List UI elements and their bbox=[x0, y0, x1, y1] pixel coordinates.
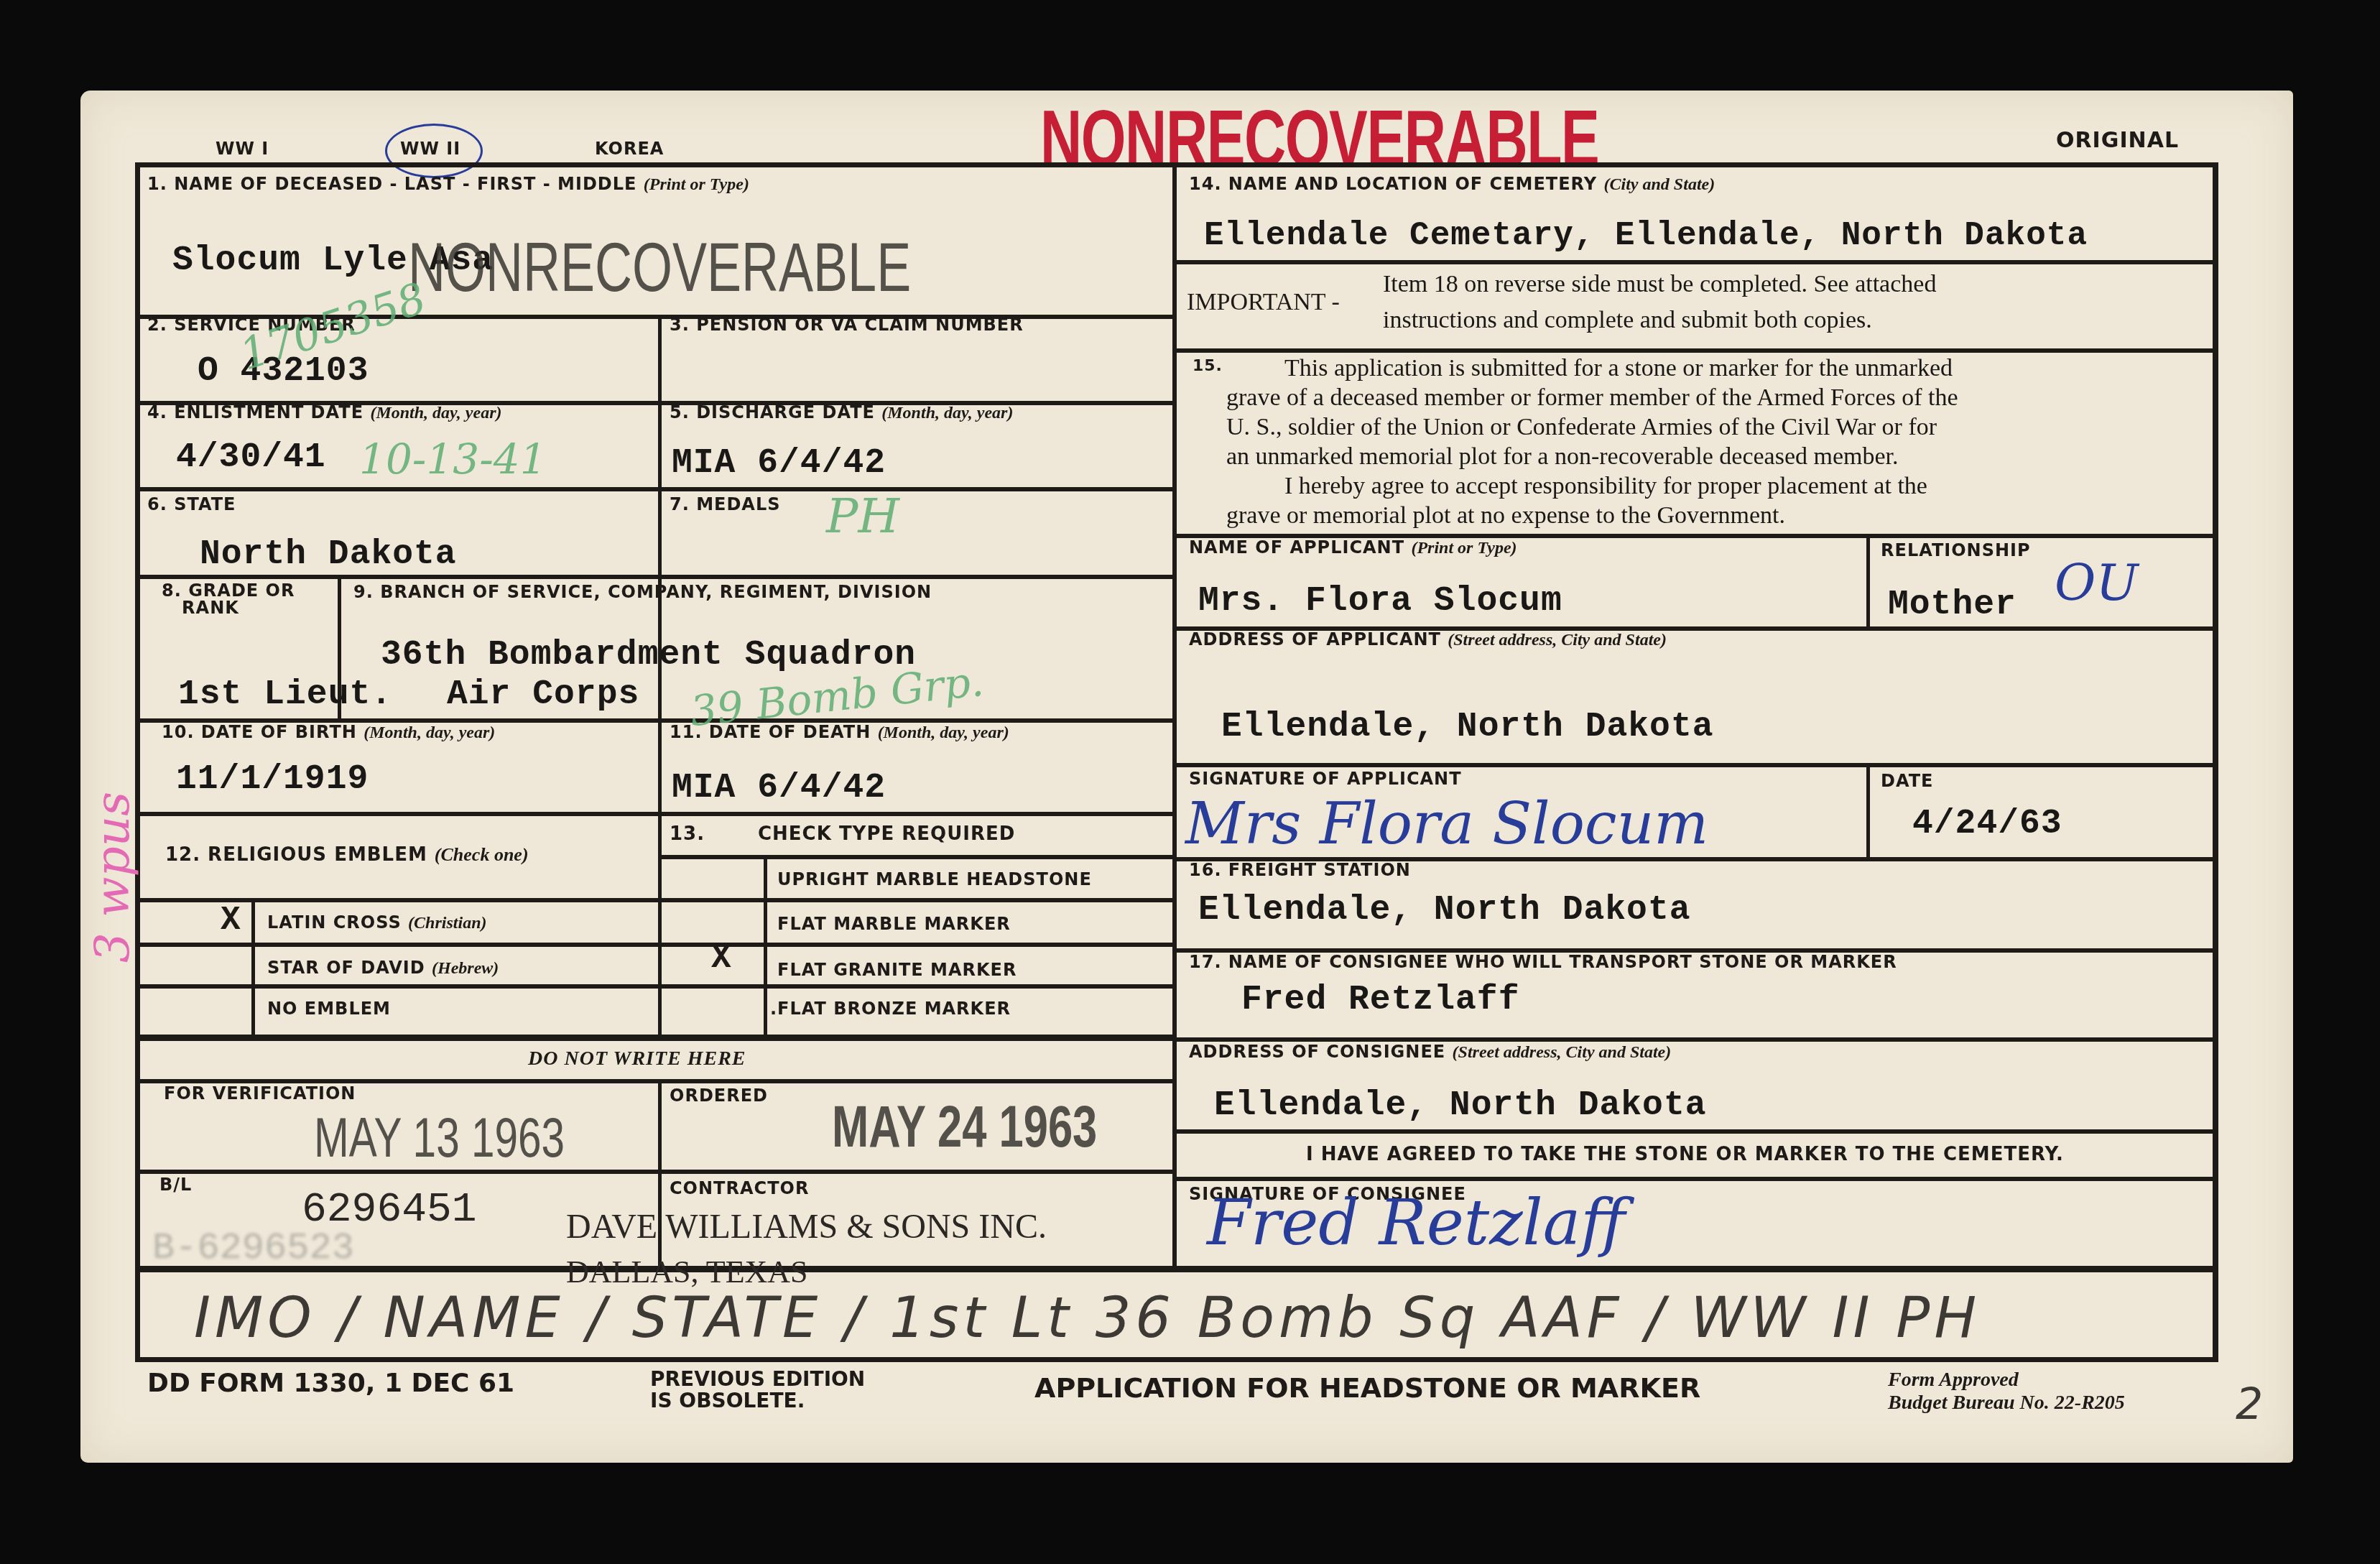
latin-cross-checkbox[interactable]: X bbox=[221, 902, 241, 939]
freight-station[interactable]: Ellendale, North Dakota bbox=[1198, 891, 1691, 930]
f5-label: 5. DISCHARGE DATE (Month, day, year) bbox=[670, 402, 1013, 423]
f15-line: grave or memorial plot at no expense to … bbox=[1226, 501, 1785, 530]
f13-title: CHECK TYPE REQUIRED bbox=[758, 823, 1015, 845]
rule bbox=[140, 1170, 1175, 1174]
war-ww1[interactable]: WW I bbox=[216, 139, 269, 159]
f7-label: 7. MEDALS bbox=[670, 494, 781, 514]
flat-bronze-label: .FLAT BRONZE MARKER bbox=[770, 999, 1011, 1019]
star-of-david-label: STAR OF DAVID (Hebrew) bbox=[267, 958, 499, 978]
rule bbox=[140, 943, 1175, 947]
flat-granite-checkbox[interactable]: X bbox=[711, 940, 731, 977]
rule bbox=[1175, 763, 2216, 767]
branch-line1[interactable]: 36th Bombardment Squadron bbox=[381, 636, 916, 675]
f15-line: an unmarked memorial plot for a non-reco… bbox=[1226, 442, 1899, 471]
f4-label: 4. ENLISTMENT DATE (Month, day, year) bbox=[147, 402, 501, 423]
rule bbox=[140, 1035, 1175, 1041]
latin-cross-label: LATIN CROSS (Christian) bbox=[267, 912, 486, 933]
f17-label: 17. NAME OF CONSIGNEE WHO WILL TRANSPORT… bbox=[1189, 952, 1897, 972]
consignee-name[interactable]: Fred Retzlaff bbox=[1241, 981, 1519, 1019]
applicant-signature[interactable]: Mrs Flora Slocum bbox=[1185, 790, 1708, 857]
f15-line: grave of a deceased member or former mem… bbox=[1226, 383, 1958, 412]
applicant-address[interactable]: Ellendale, North Dakota bbox=[1221, 708, 1714, 746]
applicant-name[interactable]: Mrs. Flora Slocum bbox=[1198, 582, 1562, 621]
consignee-address-label: ADDRESS OF CONSIGNEE (Street address, Ci… bbox=[1189, 1042, 1671, 1063]
f15-line: This application is submitted for a ston… bbox=[1284, 353, 1953, 383]
enlistment-annotation: 10-13-41 bbox=[359, 435, 547, 483]
bl-label: B/L bbox=[159, 1175, 192, 1195]
medals-annotation: PH bbox=[826, 489, 899, 544]
rule bbox=[1175, 1129, 2216, 1134]
flat-marble-label: FLAT MARBLE MARKER bbox=[777, 914, 1011, 934]
relationship-value[interactable]: Mother bbox=[1888, 586, 2016, 624]
flat-granite-label: FLAT GRANITE MARKER bbox=[777, 960, 1017, 980]
rule bbox=[1866, 535, 1870, 627]
applicant-address-label: ADDRESS OF APPLICANT (Street address, Ci… bbox=[1189, 629, 1667, 650]
birth-date[interactable]: 11/1/1919 bbox=[176, 760, 369, 799]
relationship-label: RELATIONSHIP bbox=[1881, 540, 2031, 560]
state-value[interactable]: North Dakota bbox=[200, 535, 457, 574]
agreement-text: I HAVE AGREED TO TAKE THE STONE OR MARKE… bbox=[1306, 1144, 2064, 1165]
consignee-signature[interactable]: Fred Retzlaff bbox=[1207, 1185, 1626, 1259]
rule bbox=[1175, 260, 2216, 264]
rule bbox=[140, 1266, 2216, 1272]
contractor-label: CONTRACTOR bbox=[670, 1178, 809, 1198]
form-frame bbox=[135, 162, 2218, 1362]
rule bbox=[661, 855, 1175, 859]
f6-label: 6. STATE bbox=[147, 494, 236, 514]
discharge-date[interactable]: MIA 6/4/42 bbox=[672, 444, 886, 483]
war-korea[interactable]: KOREA bbox=[595, 139, 664, 159]
rule bbox=[764, 855, 767, 1035]
nonrecoverable-overlay-stamp: NONRECOVERABLE bbox=[408, 228, 911, 307]
contractor-name: DAVE WILLIAMS & SONS INC. bbox=[566, 1207, 1047, 1246]
budget-approval: Form ApprovedBudget Bureau No. 22-R205 bbox=[1888, 1369, 2125, 1415]
enlistment-date[interactable]: 4/30/41 bbox=[176, 438, 326, 477]
f15-line: U. S., soldier of the Union or Confedera… bbox=[1226, 412, 1937, 442]
important-label: IMPORTANT - bbox=[1187, 289, 1340, 316]
ordered-stamp: MAY 24 1963 bbox=[832, 1093, 1097, 1161]
relationship-annotation: OU bbox=[2055, 553, 2138, 612]
no-emblem-label: NO EMBLEM bbox=[267, 999, 391, 1019]
rule bbox=[140, 812, 1175, 816]
date-label: DATE bbox=[1881, 771, 1933, 791]
important-line2: instructions and complete and submit bot… bbox=[1383, 305, 1872, 335]
important-line1: Item 18 on reverse side must be complete… bbox=[1383, 269, 1936, 299]
branch-line2[interactable]: Air Corps bbox=[447, 675, 639, 714]
verification-stamp: MAY 13 1963 bbox=[314, 1105, 565, 1170]
verification-label: FOR VERIFICATION bbox=[164, 1083, 356, 1103]
rule bbox=[1175, 348, 2216, 353]
death-date[interactable]: MIA 6/4/42 bbox=[672, 769, 886, 808]
rule bbox=[1175, 1177, 2216, 1181]
do-not-write-here: DO NOT WRITE HERE bbox=[528, 1047, 746, 1070]
f9-label: 9. BRANCH OF SERVICE, COMPANY, REGIMENT,… bbox=[353, 582, 932, 602]
signature-label: SIGNATURE OF APPLICANT bbox=[1189, 769, 1462, 789]
f11-label: 11. DATE OF DEATH (Month, day, year) bbox=[670, 722, 1009, 743]
f3-label: 3. PENSION OR VA CLAIM NUMBER bbox=[670, 315, 1024, 335]
f14-label: 14. NAME AND LOCATION OF CEMETERY (City … bbox=[1189, 174, 1715, 195]
bl-crossed-out: B-6296523 bbox=[152, 1227, 354, 1269]
f15-line: I hereby agree to accept responsibility … bbox=[1284, 471, 1927, 501]
rule bbox=[658, 718, 662, 1035]
rule bbox=[140, 984, 1175, 989]
rule bbox=[1866, 764, 1870, 858]
rule bbox=[251, 898, 255, 1035]
f1-label: 1. NAME OF DECEASED - LAST - FIRST - MID… bbox=[147, 174, 749, 195]
ordered-label: ORDERED bbox=[670, 1086, 768, 1106]
f13-number: 13. bbox=[670, 823, 705, 845]
cemetery-value[interactable]: Ellendale Cemetary, Ellendale, North Dak… bbox=[1204, 217, 2088, 254]
form-number: DD FORM 1330, 1 DEC 61 bbox=[147, 1369, 514, 1398]
grade-value[interactable]: 1st Lieut. bbox=[178, 675, 392, 714]
upright-marble-label: UPRIGHT MARBLE HEADSTONE bbox=[777, 869, 1092, 889]
previous-edition-notice: PREVIOUS EDITIONIS OBSOLETE. bbox=[650, 1369, 865, 1412]
f16-label: 16. FREIGHT STATION bbox=[1189, 860, 1411, 880]
f8-label: 8. GRADE OR RANK bbox=[162, 582, 295, 616]
rule bbox=[140, 898, 1175, 902]
applicant-label: NAME OF APPLICANT (Print or Type) bbox=[1189, 537, 1517, 558]
margin-note: 3 wpus bbox=[85, 792, 140, 963]
f12-label: 12. RELIGIOUS EMBLEM (Check one) bbox=[165, 844, 529, 866]
f10-label: 10. DATE OF BIRTH (Month, day, year) bbox=[162, 722, 495, 743]
original-label: ORIGINAL bbox=[2056, 128, 2179, 153]
application-date[interactable]: 4/24/63 bbox=[1912, 805, 2062, 843]
handwritten-inscription: IMO / NAME / STATE / 1st Lt 36 Bomb Sq A… bbox=[194, 1286, 1981, 1351]
rule bbox=[140, 487, 1175, 491]
contractor-city: DALLAS, TEXAS bbox=[566, 1254, 808, 1290]
rule bbox=[140, 575, 1175, 579]
f15-number: 15. bbox=[1193, 357, 1223, 375]
margin-mark: 2 bbox=[2236, 1379, 2263, 1430]
consignee-address[interactable]: Ellendale, North Dakota bbox=[1214, 1086, 1707, 1125]
form-title: APPLICATION FOR HEADSTONE OR MARKER bbox=[1034, 1372, 1700, 1404]
